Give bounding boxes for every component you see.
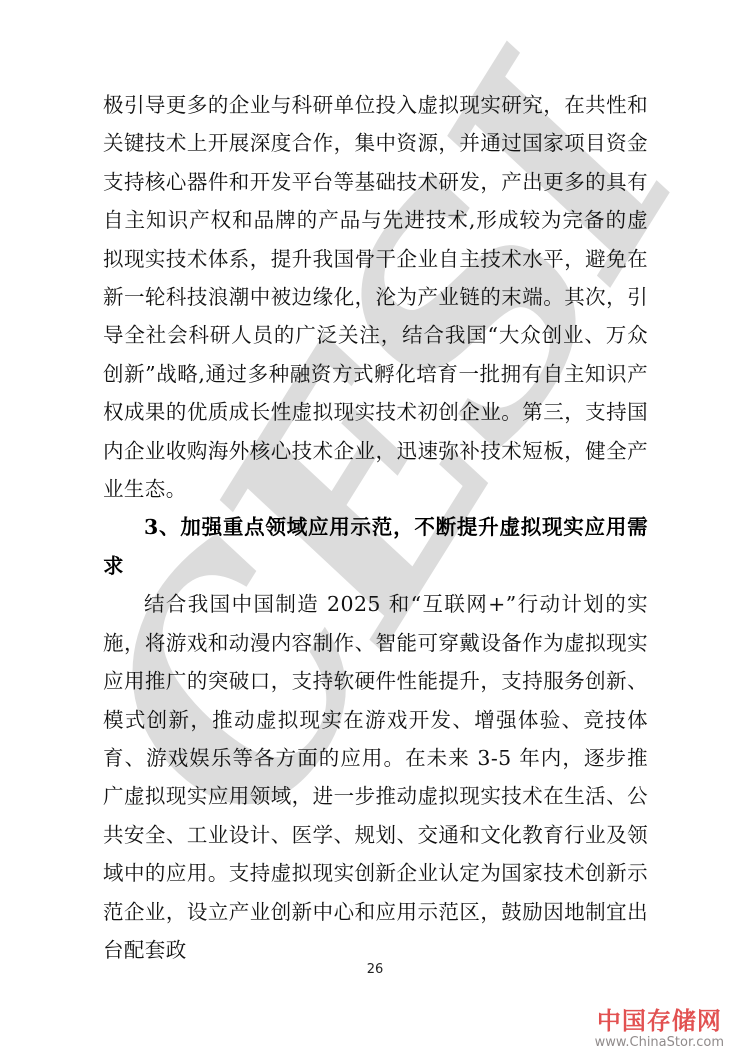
page-content: 极引导更多的企业与科研单位投入虚拟现实研究，在共性和关键技术上开展深度合作，集中… xyxy=(103,86,648,969)
page-number: 26 xyxy=(0,962,750,977)
body-paragraph-2: 结合我国中国制造 2025 和“互联网+”行动计划的实施，将游戏和动漫内容制作、… xyxy=(103,585,648,969)
chinastor-url: www.ChinaStor.com xyxy=(595,1035,724,1050)
document-page: CESI 极引导更多的企业与科研单位投入虚拟现实研究，在共性和关键技术上开展深度… xyxy=(0,0,750,1060)
section-heading: 3、加强重点领域应用示范，不断提升虚拟现实应用需求 xyxy=(103,508,648,585)
body-paragraph-1: 极引导更多的企业与科研单位投入虚拟现实研究，在共性和关键技术上开展深度合作，集中… xyxy=(103,86,648,508)
chinastor-watermark: 中国存储网 www.ChinaStor.com xyxy=(595,1008,724,1050)
chinastor-logo-text: 中国存储网 xyxy=(595,1008,724,1035)
